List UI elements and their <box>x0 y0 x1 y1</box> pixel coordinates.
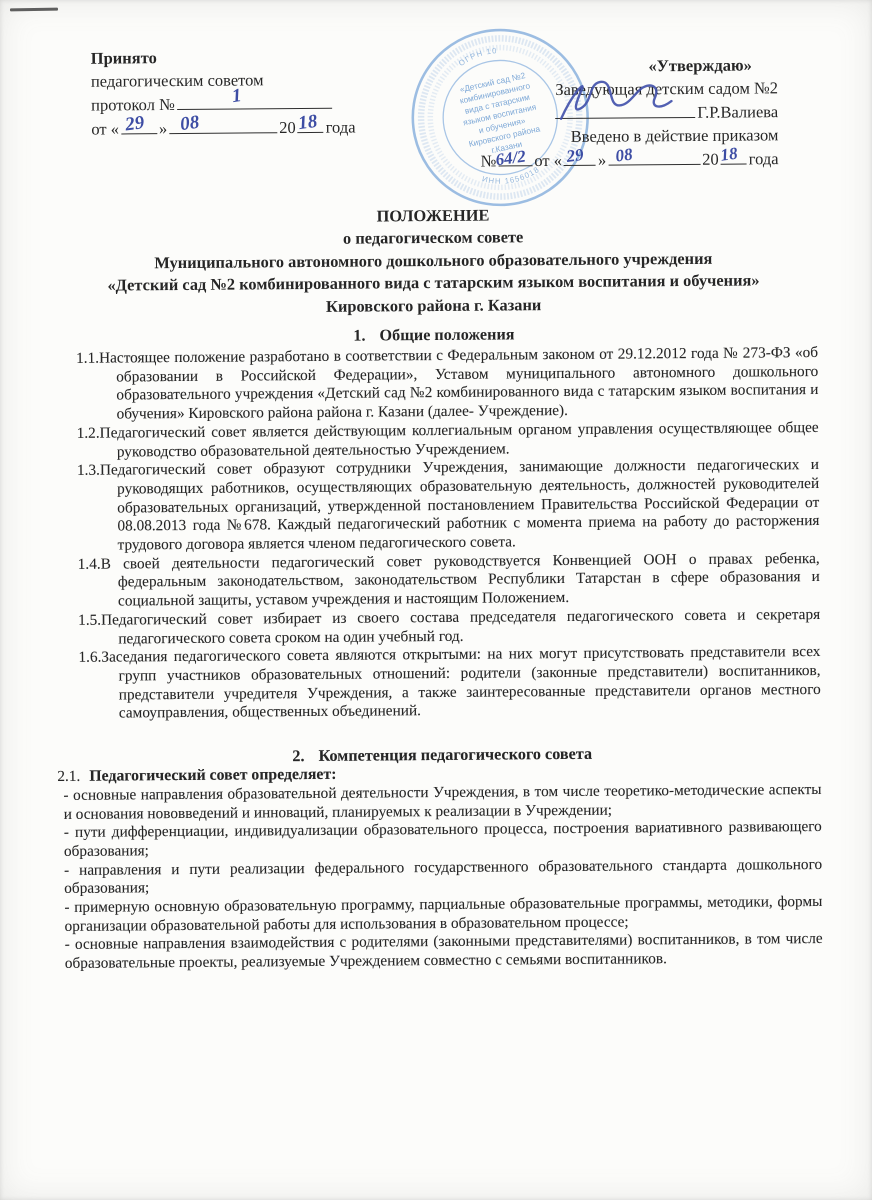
order-number-blank: 64/2 <box>498 148 532 166</box>
handwritten-order-number: 64/2 <box>494 144 527 171</box>
handwritten-day: 29 <box>124 111 146 136</box>
clause-1-6: 1.6.Заседания педагогического совета явл… <box>118 643 821 723</box>
bullet-item-4: - примерную основную образовательную про… <box>64 893 822 936</box>
clause-number: 1.3. <box>77 462 100 479</box>
order-year-prefix: 20 <box>702 149 719 168</box>
bullet-item-5: - основные направления взаимодействия с … <box>65 930 823 973</box>
clause-1-2: 1.2.Педагогический совет является действ… <box>117 419 819 462</box>
order-day-blank: 29 <box>564 148 596 166</box>
month-blank: 08 <box>169 115 277 134</box>
year-prefix: 20 <box>279 118 296 137</box>
handwritten-month: 08 <box>179 110 201 135</box>
protocol-number-blank: 1 <box>177 91 332 110</box>
accepted-title: Принято <box>91 44 401 69</box>
section-1-number: 1. <box>353 327 365 345</box>
order-close-quote: » <box>598 150 606 169</box>
date-from-label: от « <box>91 119 119 138</box>
clause-number: 1.5. <box>78 612 101 629</box>
order-year-blank: 18 <box>721 146 747 164</box>
handwritten-order-month: 08 <box>614 142 634 167</box>
bullet-item-3: - направления и пути реализации федераль… <box>64 856 822 899</box>
signer-name: Г.Р.Валиева <box>697 102 778 122</box>
handwritten-order-day: 29 <box>565 143 585 168</box>
handwritten-order-year: 18 <box>719 141 739 166</box>
order-month-blank: 08 <box>608 147 700 166</box>
document-body: 1.1.Настоящее положение разработано в со… <box>60 344 823 974</box>
bullet-item-1: - основные направления образовательной д… <box>63 781 821 824</box>
document-header: Принято педагогическим советом протокол … <box>0 0 869 208</box>
year-suffix: года <box>326 117 356 136</box>
section-2-title: Компетенция педагогического совета <box>318 745 592 765</box>
clause-text: Настоящее положение разработано в соотве… <box>99 344 818 423</box>
close-quote: » <box>159 119 167 138</box>
bullet-item-2: - пути дифференциации, индивидуализации … <box>64 818 822 861</box>
order-number-line: №64/2от «29»082018года <box>430 146 778 173</box>
order-from-label: от « <box>534 151 562 170</box>
accepted-block: Принято педагогическим советом протокол … <box>91 44 402 140</box>
clause-text: Педагогический совет образуют сотрудники… <box>100 456 820 553</box>
document-content: Принято педагогическим советом протокол … <box>0 0 872 1200</box>
clause-1-3: 1.3.Педагогический совет образуют сотруд… <box>117 456 820 555</box>
year-blank: 18 <box>298 115 324 133</box>
clause-1-5: 1.5.Педагогический совет избирает из сво… <box>118 606 820 649</box>
accepted-subtitle: педагогическим советом <box>91 67 401 92</box>
protocol-date-line: от «29»082018года <box>91 114 401 140</box>
clause-number: 1.4. <box>78 555 101 572</box>
document-title-block: ПОЛОЖЕНИЕ о педагогическом совете Муници… <box>37 202 830 320</box>
signature-line: Г.Р.Валиева <box>430 99 778 126</box>
scanned-document-page: Принято педагогическим советом протокол … <box>0 0 872 1200</box>
approval-block: «Утверждаю» Заведующая детским садом №2 … <box>430 53 779 172</box>
clause-text: Педагогический совет является действующи… <box>100 419 819 460</box>
clause-1-1: 1.1.Настоящее положение разработано в со… <box>116 344 819 424</box>
day-blank: 29 <box>121 116 157 134</box>
signature-blank <box>555 100 695 119</box>
handwritten-year: 18 <box>297 110 319 135</box>
clause-1-4: 1.4.В своей деятельности педагогический … <box>118 550 820 612</box>
clause-text: Заседания педагогического совета являютс… <box>101 643 820 722</box>
order-year-suffix: года <box>749 149 779 168</box>
clause-number: 1.1. <box>76 350 99 367</box>
clause-number: 2.1. <box>57 768 80 785</box>
handwritten-signature <box>551 72 699 127</box>
clause-text: Педагогический совет избирает из своего … <box>101 606 820 647</box>
clause-number: 1.2. <box>77 424 100 441</box>
clause-lead-bold: Педагогический совет определяет: <box>89 766 336 785</box>
clause-number: 1.6. <box>78 649 101 666</box>
section-1-title: Общие положения <box>379 325 514 344</box>
clause-text: В своей деятельности педагогический сове… <box>101 550 820 610</box>
section-2-number: 2. <box>292 747 304 765</box>
